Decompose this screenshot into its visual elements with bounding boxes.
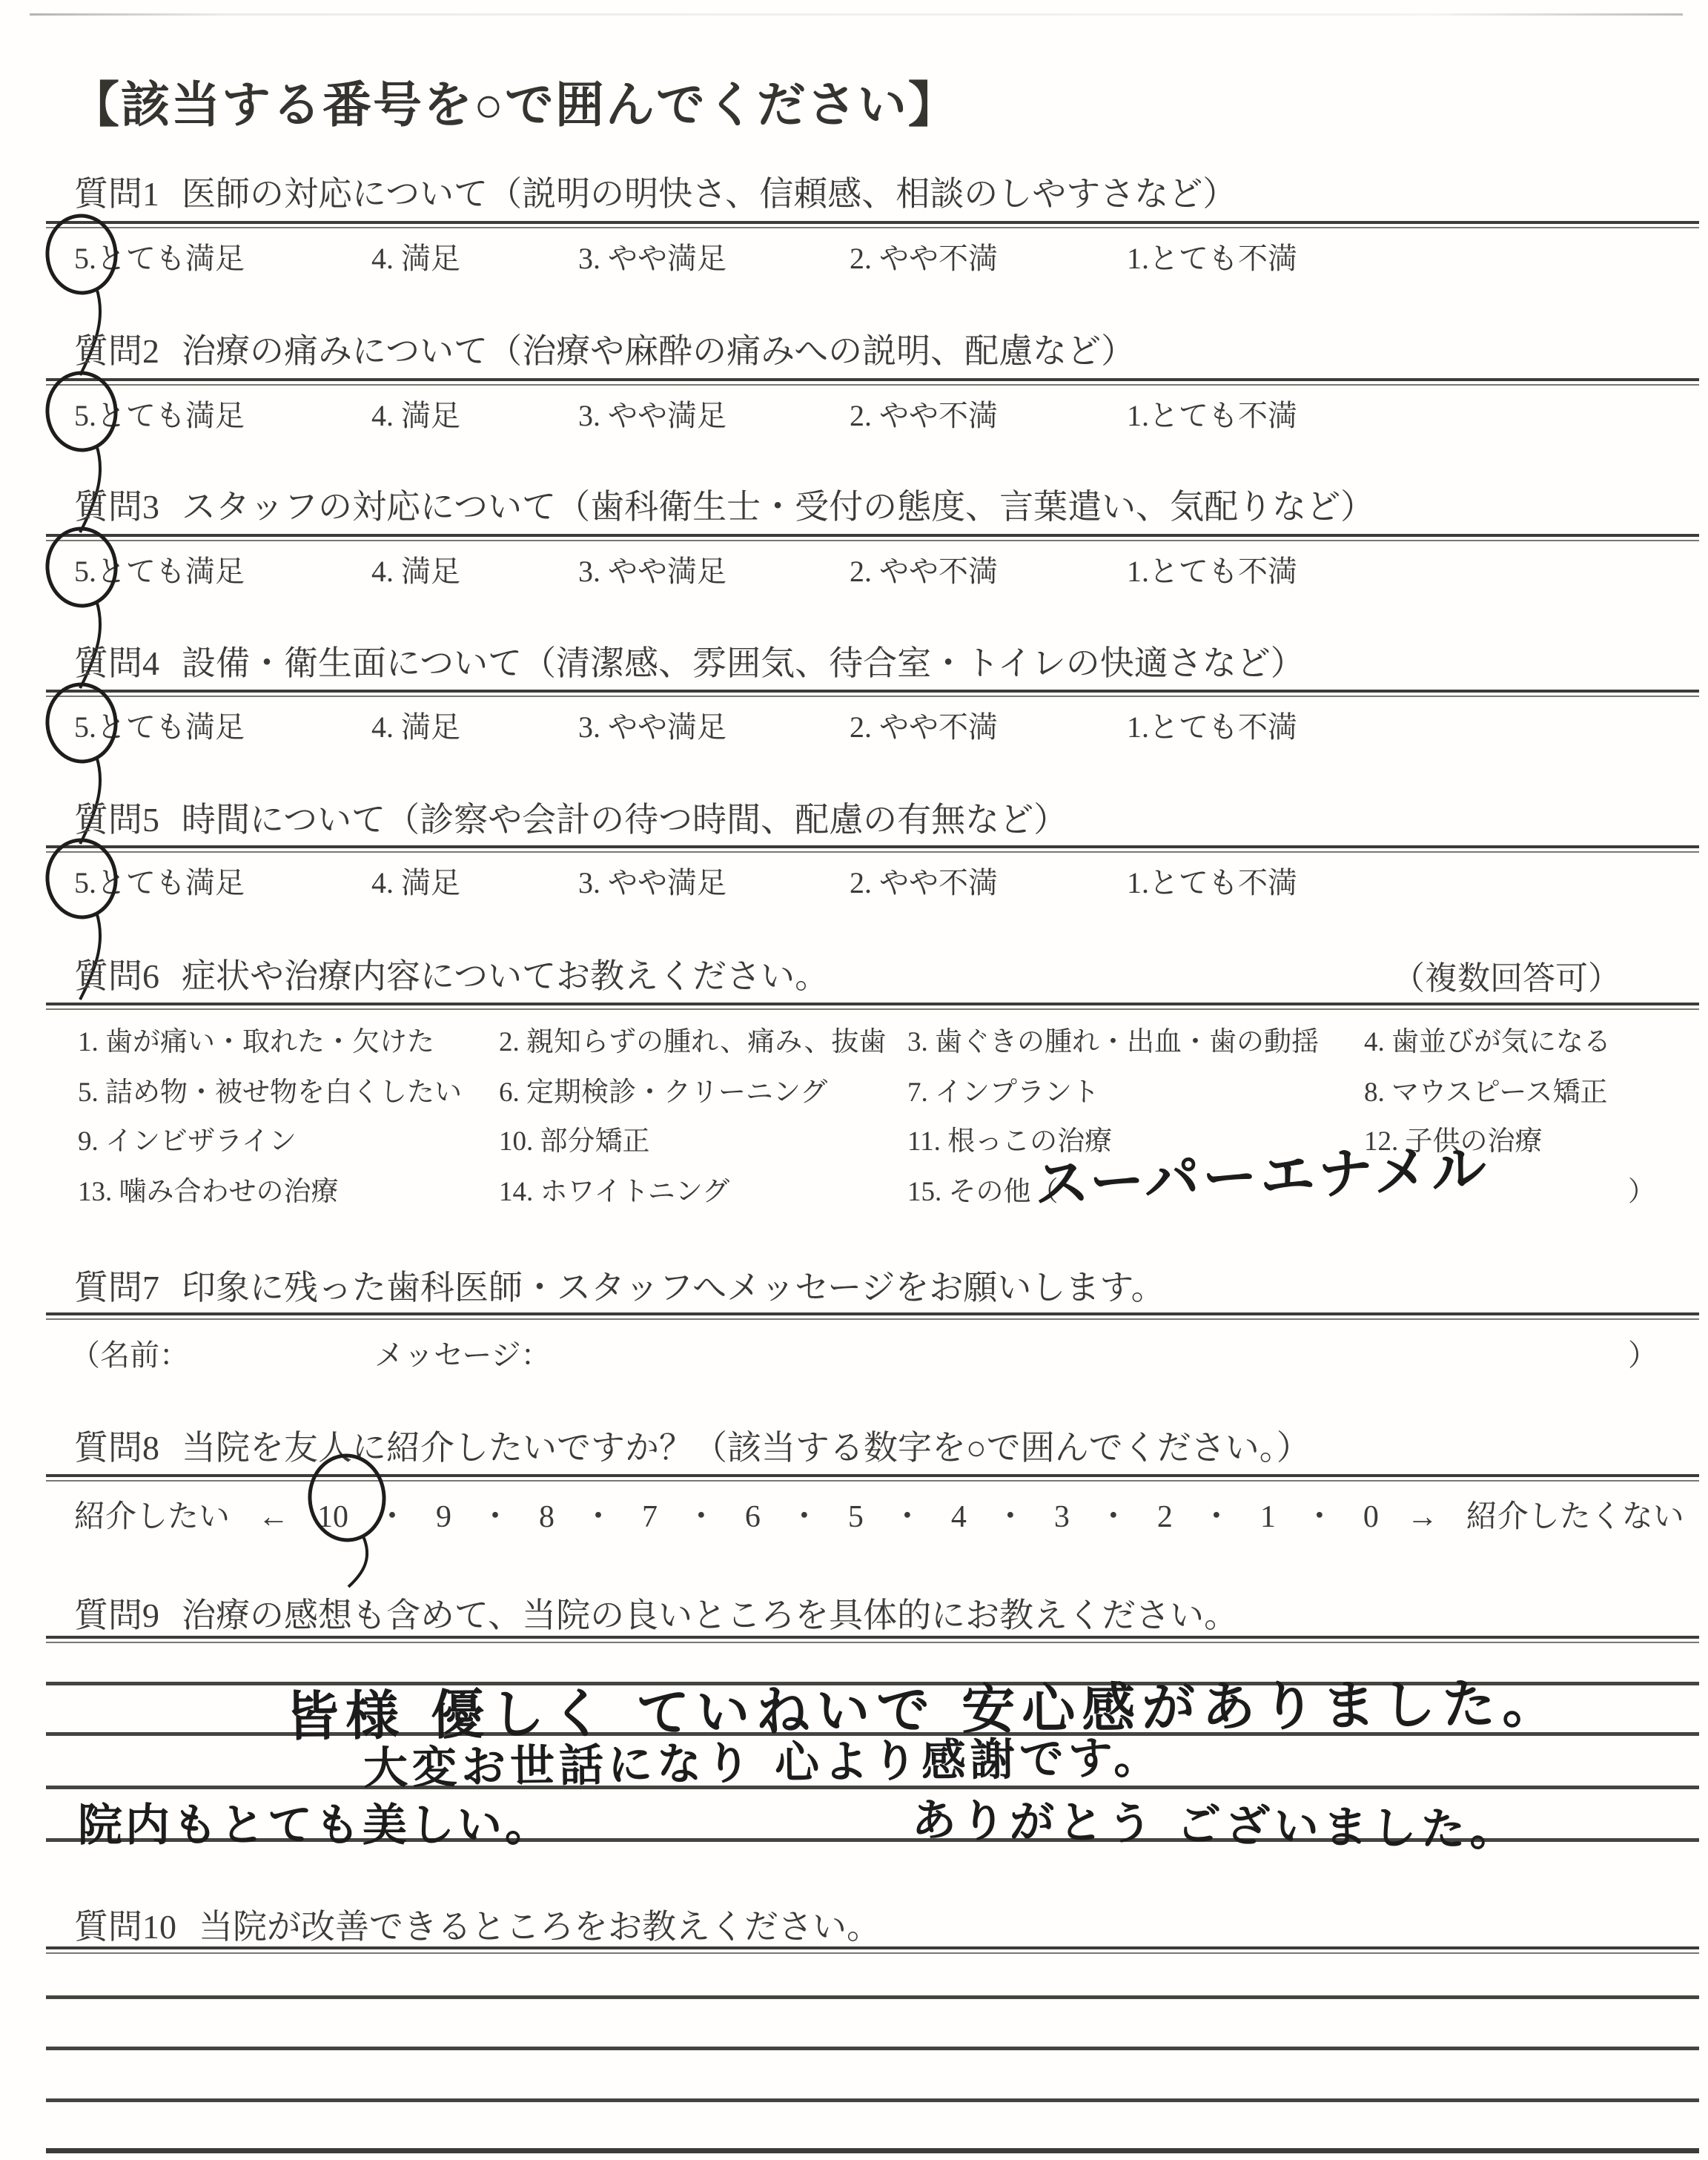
q6-option-7: 7. インプラント xyxy=(907,1069,1099,1109)
question-9-topic: 治療の感想も含めて、当院の良いところを具体的にお教えください。 xyxy=(182,1596,1238,1634)
q1-option-4: 4. 満足 xyxy=(371,235,460,277)
question-6-number: 質問6 xyxy=(74,957,159,995)
handwritten-comment-line-4: ありがとう ございました。 xyxy=(911,1785,1519,1859)
dot-separator: ・ xyxy=(686,1492,717,1536)
right-arrow-icon: → xyxy=(1407,1499,1438,1535)
question-4-topic: 設備・衛生面について（清潔感、雰囲気、待合室・トイレの快適さなど） xyxy=(182,644,1305,682)
q6-option-8: 8. マウスピース矯正 xyxy=(1364,1069,1608,1109)
separator-line xyxy=(46,1003,1699,1010)
question-3-topic: スタッフの対応について（歯科衛生士・受付の態度、言葉遣い、気配りなど） xyxy=(182,488,1374,526)
q5-option-3: 3. やや満足 xyxy=(578,859,726,902)
q7-name-label: （名前： xyxy=(70,1332,189,1374)
question-5-heading: 質問5時間について（診察や会計の待つ時間、配慮の有無など） xyxy=(74,793,1067,842)
nps-5: 5 xyxy=(848,1499,864,1535)
q6-option-6: 6. 定期検診・クリーニング xyxy=(499,1069,827,1109)
question-1-heading: 質問1医師の対応について（説明の明快さ、信頼感、相談のしやすさなど） xyxy=(74,167,1237,216)
q2-option-2: 2. やや不満 xyxy=(850,392,998,435)
nps-0: 0 xyxy=(1363,1499,1379,1535)
separator-line xyxy=(46,221,1699,228)
q5-option-4: 4. 満足 xyxy=(371,859,460,902)
question-3-heading: 質問3スタッフの対応について（歯科衛生士・受付の態度、言葉遣い、気配りなど） xyxy=(74,480,1374,529)
left-arrow-icon: ← xyxy=(258,1499,289,1535)
q3-option-4: 4. 満足 xyxy=(371,548,460,590)
nps-right-label: 紹介したくない xyxy=(1466,1492,1684,1536)
q6-option-1: 1. 歯が痛い・取れた・欠けた xyxy=(78,1019,434,1059)
separator-line xyxy=(46,690,1699,697)
question-6-topic: 症状や治療内容についてお教えください。 xyxy=(182,957,829,995)
separator-line xyxy=(46,845,1699,853)
separator-line xyxy=(46,1312,1699,1320)
scan-edge-artifact xyxy=(30,13,1683,16)
question-8-heading: 質問8当院を友人に紹介したいですか？（該当する数字を○で囲んでください。） xyxy=(74,1421,1311,1470)
question-2-topic: 治療の痛みについて（治療や麻酔の痛みへの説明、配慮など） xyxy=(182,332,1135,370)
question-4-heading: 質問4設備・衛生面について（清潔感、雰囲気、待合室・トイレの快適さなど） xyxy=(74,636,1305,685)
dot-separator: ・ xyxy=(789,1492,820,1536)
handdrawn-circle-q8 xyxy=(297,1452,415,1589)
q6-option-9: 9. インビザライン xyxy=(78,1118,297,1158)
survey-form-scan: 【該当する番号を○で囲んでください】 質問1医師の対応について（説明の明快さ、信… xyxy=(0,0,1708,2160)
q3-option-1: 1.とても不満 xyxy=(1127,548,1297,590)
question-2-heading: 質問2治療の痛みについて（治療や麻酔の痛みへの説明、配慮など） xyxy=(74,324,1135,373)
question-10-topic: 当院が改善できるところをお教えください。 xyxy=(199,1908,881,1946)
question-10-number: 質問10 xyxy=(74,1908,176,1946)
q3-option-2: 2. やや不満 xyxy=(850,548,998,590)
dot-separator: ・ xyxy=(995,1492,1026,1536)
q6-option-14: 14. ホワイトニング xyxy=(499,1169,729,1209)
question-9-number: 質問9 xyxy=(74,1596,159,1634)
separator-line xyxy=(46,1636,1699,1643)
q6-option-2: 2. 親知らずの腫れ、痛み、抜歯 xyxy=(499,1019,886,1059)
question-9-heading: 質問9治療の感想も含めて、当院の良いところを具体的にお教えください。 xyxy=(74,1588,1238,1637)
q1-option-1: 1.とても不満 xyxy=(1127,235,1297,277)
q5-option-1: 1.とても不満 xyxy=(1127,859,1297,902)
q3-option-3: 3. やや満足 xyxy=(578,548,726,590)
q6-option-5: 5. 詰め物・被せ物を白くしたい xyxy=(78,1069,462,1109)
q4-option-1: 1.とても不満 xyxy=(1127,704,1297,746)
nps-7: 7 xyxy=(642,1499,658,1535)
q1-option-2: 2. やや不満 xyxy=(850,235,998,277)
form-title: 【該当する番号を○で囲んでください】 xyxy=(70,65,959,136)
nps-3: 3 xyxy=(1054,1499,1070,1535)
dot-separator: ・ xyxy=(1304,1492,1335,1536)
q4-option-3: 3. やや満足 xyxy=(578,704,726,746)
question-7-heading: 質問7印象に残った歯科医師・スタッフへメッセージをお願いします。 xyxy=(74,1261,1165,1309)
dot-separator: ・ xyxy=(1098,1492,1129,1536)
question-7-topic: 印象に残った歯科医師・スタッフへメッセージをお願いします。 xyxy=(182,1269,1165,1307)
handwritten-other-treatment: スーパーエナメル xyxy=(1033,1125,1490,1219)
answer-line xyxy=(46,2098,1699,2102)
q7-close-paren: ） xyxy=(1628,1332,1658,1374)
q4-option-4: 4. 満足 xyxy=(371,704,460,746)
q6-option-3: 3. 歯ぐきの腫れ・出血・歯の動揺 xyxy=(907,1019,1319,1059)
dot-separator: ・ xyxy=(892,1492,923,1536)
nps-4: 4 xyxy=(951,1499,967,1535)
nps-9: 9 xyxy=(436,1499,451,1535)
q4-option-2: 2. やや不満 xyxy=(850,704,998,746)
separator-line xyxy=(46,1474,1699,1482)
multiple-answers-note: （複数回答可） xyxy=(1392,951,1621,999)
nps-6: 6 xyxy=(745,1499,761,1535)
q2-option-4: 4. 満足 xyxy=(371,392,460,435)
dot-separator: ・ xyxy=(480,1492,511,1536)
question-1-topic: 医師の対応について（説明の明快さ、信頼感、相談のしやすさなど） xyxy=(182,175,1237,213)
separator-line xyxy=(46,1946,1699,1954)
question-6-heading: 質問6症状や治療内容についてお教えください。 xyxy=(74,949,829,998)
handwritten-comment-line-2: 大変お世話になり 心より感謝です。 xyxy=(363,1722,1162,1797)
answer-line xyxy=(46,2148,1699,2153)
q6-option-13: 13. 噛み合わせの治療 xyxy=(78,1169,339,1209)
question-7-number: 質問7 xyxy=(74,1269,159,1307)
q7-message-label: メッセージ： xyxy=(374,1332,551,1374)
nps-1: 1 xyxy=(1260,1499,1276,1535)
q2-option-3: 3. やや満足 xyxy=(578,392,726,435)
question-10-heading: 質問10当院が改善できるところをお教えください。 xyxy=(74,1900,881,1949)
q6-option-10: 10. 部分矯正 xyxy=(499,1118,650,1158)
q5-option-2: 2. やや不満 xyxy=(850,859,998,902)
question-5-topic: 時間について（診察や会計の待つ時間、配慮の有無など） xyxy=(182,801,1067,839)
q1-option-3: 3. やや満足 xyxy=(578,235,726,277)
answer-line xyxy=(46,1995,1699,1999)
dot-separator: ・ xyxy=(583,1492,614,1536)
question-8-number: 質問8 xyxy=(74,1429,159,1467)
nps-2: 2 xyxy=(1157,1499,1173,1535)
handwritten-comment-line-3: 院内もとても美しい。 xyxy=(78,1790,552,1854)
nps-8: 8 xyxy=(539,1499,555,1535)
answer-line xyxy=(46,2047,1699,2050)
nps-left-label: 紹介したい xyxy=(74,1492,230,1536)
separator-line xyxy=(46,534,1699,541)
q6-option-4: 4. 歯並びが気になる xyxy=(1364,1019,1611,1059)
separator-line xyxy=(46,378,1699,386)
q2-option-1: 1.とても不満 xyxy=(1127,392,1297,435)
q6-other-close-paren: ） xyxy=(1628,1169,1655,1209)
dot-separator: ・ xyxy=(1201,1492,1232,1536)
